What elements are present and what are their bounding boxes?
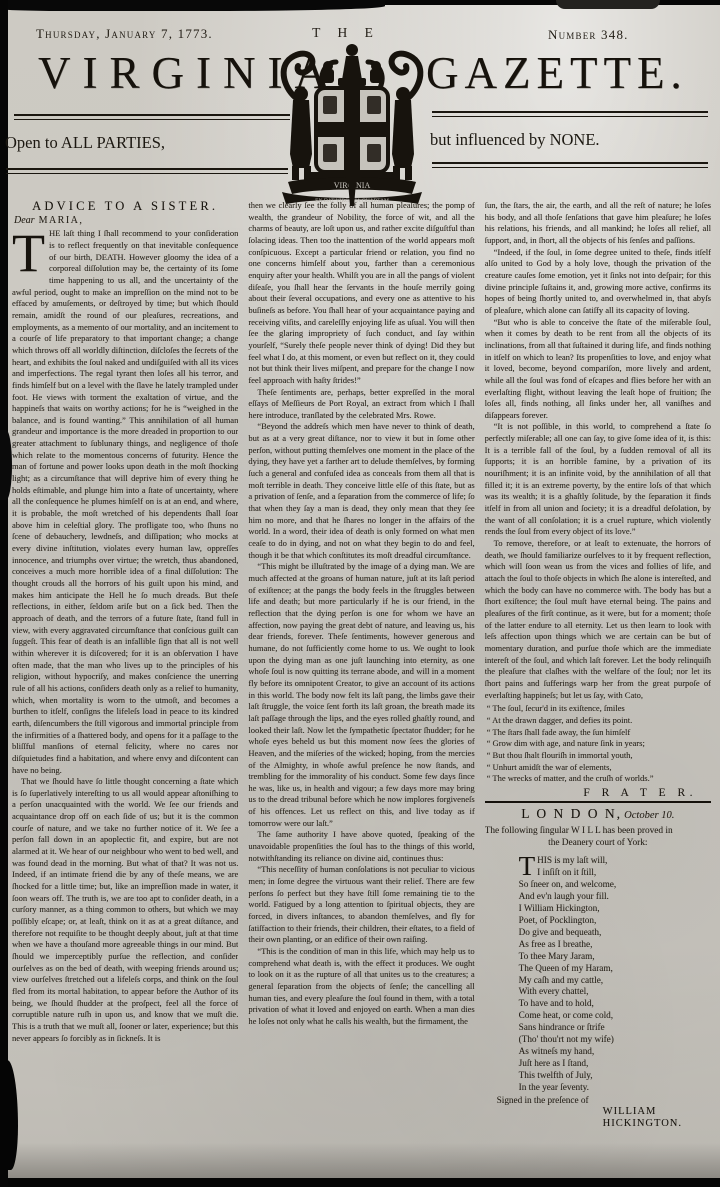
paragraph: “This might be illuſtrated by the image …	[248, 561, 474, 829]
article-heading: ADVICE TO A SISTER.	[12, 201, 238, 213]
paragraph: That we ſhould have ſo little thought co…	[12, 776, 238, 1044]
divider-rule	[432, 162, 708, 168]
poem-line: Sans hindrance or ſtrife	[519, 1022, 711, 1034]
poem-line: As free as I breathe,	[519, 939, 711, 951]
poem-line: This twelfth of July,	[519, 1070, 711, 1082]
paragraph: “Beyond the addreſs which men have never…	[248, 421, 474, 561]
cato-quotation: “ The ſoul, ſecur'd in its exiſtence, ſm…	[487, 703, 711, 785]
cato-verse-line: “ The ſoul, ſecur'd in its exiſtence, ſm…	[487, 703, 711, 715]
scan-edge-blob	[0, 430, 12, 500]
paragraph: then we clearly ſee the folly of all hum…	[248, 200, 474, 387]
divider-rule	[432, 111, 708, 117]
drop-cap: T	[12, 228, 49, 276]
poem-line: Do give and bequeath,	[519, 927, 711, 939]
paragraph: “This neceſſity of human conſolations is…	[248, 864, 474, 946]
london-dateline: L O N D O N, October 10.	[485, 808, 711, 822]
paragraph: The ſame authority I have above quoted, …	[248, 829, 474, 864]
scan-edge-left	[0, 0, 8, 1187]
virginia-coat-of-arms-icon: VIRGINIA EN DAT VIRGINIA QUARTAM	[268, 36, 436, 208]
poem-line: My caſh and my cattle,	[519, 975, 711, 987]
cato-verse-line: “ But thou ſhalt flouriſh in immortal yo…	[487, 750, 711, 762]
poem-line: Juſt here as I ſtand,	[519, 1058, 711, 1070]
poem-line: (Tho' thou'rt not my wife)	[519, 1034, 711, 1046]
paragraph: “Indeed, if the ſoul, in ſome degree uni…	[485, 247, 711, 317]
scan-edge-top-patch	[556, 0, 660, 9]
poem-line: With every chattel,	[519, 986, 711, 998]
london-city: L O N D O N,	[521, 806, 622, 821]
poem-line: As witneſs my hand,	[519, 1046, 711, 1058]
column-3-paragraphs: ſun, the ſtars, the air, the earth, and …	[485, 200, 711, 701]
divider-rule	[14, 114, 290, 120]
issue-number: Number 348.	[548, 27, 629, 43]
paragraph: “But who is able to conceive the ſtate o…	[485, 317, 711, 422]
cato-verse-line: “ Unhurt amidſt the war of elements,	[487, 762, 711, 774]
motto-right: but influenced by NONE.	[430, 130, 600, 150]
will-signature: WILLIAM HICKINGTON.	[603, 1106, 711, 1129]
paragraph: Theſe ſentiments are, perhaps, better ex…	[248, 387, 474, 422]
will-intro-line-1: The following ſingular W I L L has been …	[485, 826, 711, 838]
column-2-paragraphs: then we clearly ſee the folly of all hum…	[248, 200, 474, 1028]
poem-line: And ev'n laugh your fill.	[519, 891, 711, 903]
cato-verse-line: “ The wrecks of matter, and the cruſh of…	[487, 773, 711, 785]
section-divider-rule	[485, 801, 711, 803]
column-3: ſun, the ſtars, the air, the earth, and …	[485, 200, 711, 1142]
article-signature: F R A T E R.	[485, 788, 697, 800]
poem-line: So ſneer on, and welcome,	[519, 879, 711, 891]
will-intro-line-2: the Deanery court of York:	[485, 838, 711, 850]
poem-line: I inſiſt on it ſtill,	[519, 867, 711, 879]
poem-line: HIS is my laſt will,	[537, 855, 607, 865]
salutation-dear: Dear	[14, 215, 35, 226]
paragraph: THE laſt thing I ſhall recommend to your…	[12, 228, 238, 776]
article-columns: ADVICE TO A SISTER. DearMARIA, THE laſt …	[12, 200, 711, 1142]
will-poem-lines: I inſiſt on it ſtill,So ſneer on, and we…	[519, 867, 711, 1093]
poem-line: Come heat, or come cold,	[519, 1010, 711, 1022]
newspaper-page: { "masthead": { "date_line": "Thursday, …	[0, 0, 720, 1187]
poem-line: I William Hickington,	[519, 903, 711, 915]
poem-line: In the year ſeventy.	[519, 1082, 711, 1094]
column-1-paragraphs: That we ſhould have ſo little thought co…	[12, 776, 238, 1044]
poem-line: To have and to hold,	[519, 998, 711, 1010]
poem-line: To thee Mary Jaram,	[519, 951, 711, 963]
cato-verse-line: “ The ſtars ſhall fade away, the ſun him…	[487, 727, 711, 739]
cato-verse-line: “ At the drawn dagger, and defies its po…	[487, 715, 711, 727]
will-poem: THIS is my laſt will, I inſiſt on it ſti…	[519, 855, 711, 1093]
salutation: DearMARIA,	[14, 215, 238, 227]
divider-rule	[6, 168, 288, 174]
paragraph: ſun, the ſtars, the air, the earth, and …	[485, 200, 711, 247]
paragraph: To remove, therefore, or at leaſt to ext…	[485, 538, 711, 701]
poem-line: The Queen of my Haram,	[519, 963, 711, 975]
scan-edge-top-left	[0, 0, 385, 11]
motto-left: Open to ALL PARTIES,	[5, 133, 165, 153]
cato-verse-line: “ Grow dim with age, and nature ſink in …	[487, 738, 711, 750]
paragraph: “It is not poſſible, in this world, to c…	[485, 421, 711, 538]
issue-date: Thursday, January 7, 1773.	[36, 26, 213, 42]
masthead-title-gazette: GAZETTE.	[426, 47, 688, 99]
signed-line: Signed in the preſence of	[497, 1095, 711, 1107]
paragraph-text: HE laſt thing I ſhall recommend to your …	[12, 228, 238, 774]
paragraph: “This is the condition of man in this li…	[248, 946, 474, 1028]
column-1: ADVICE TO A SISTER. DearMARIA, THE laſt …	[12, 200, 238, 1142]
poem-line: Poet, of Pocklington,	[519, 915, 711, 927]
drop-cap: T	[519, 855, 538, 877]
column-2: then we clearly ſee the folly of all hum…	[248, 200, 474, 1142]
salutation-name: MARIA,	[39, 215, 84, 226]
london-date: October 10.	[624, 810, 674, 821]
